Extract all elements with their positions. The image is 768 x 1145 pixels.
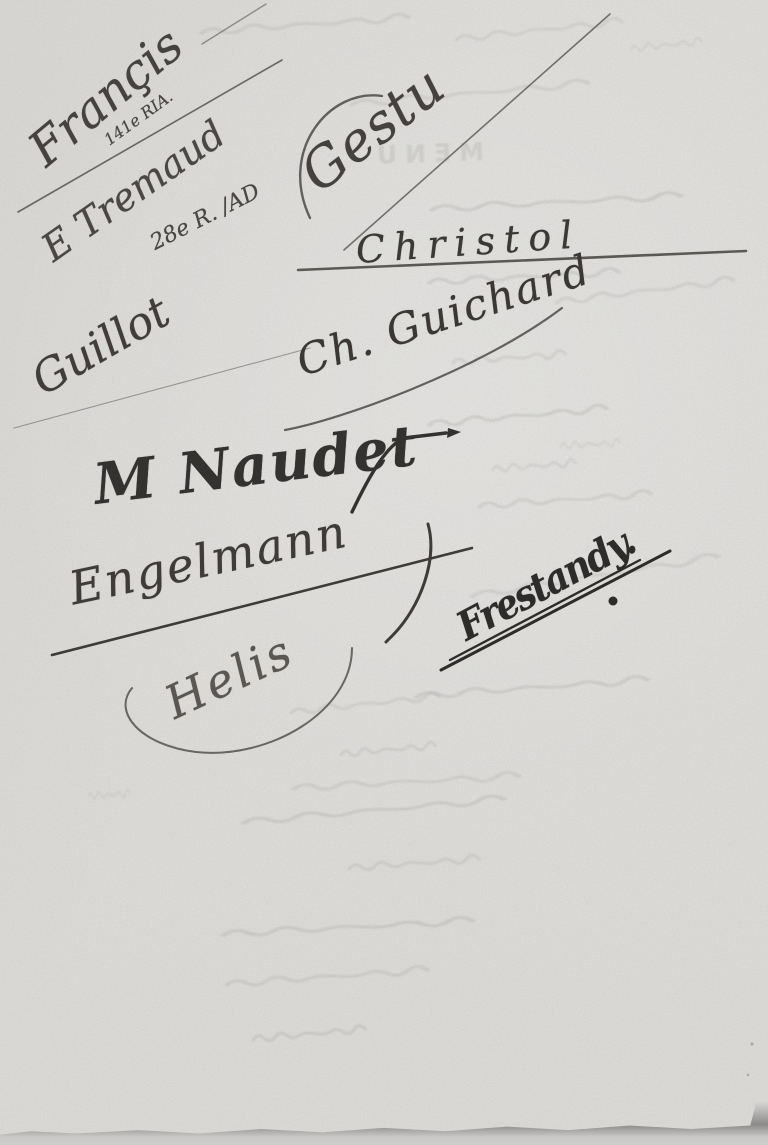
signature-naudet: M Naudet xyxy=(90,412,422,517)
paper-sheet: MENU Françis 141e RIA. E Tremaud 28e R. … xyxy=(0,0,768,1145)
signature-engelmann: Engelmann xyxy=(64,504,352,616)
signature-frestandy: Frestandy. xyxy=(449,518,642,651)
signature-gestu: Gestu xyxy=(289,54,457,205)
signature-helis: Helis xyxy=(157,623,303,729)
scanned-autograph-page: MENU Françis 141e RIA. E Tremaud 28e R. … xyxy=(0,0,768,1145)
signature-guillot: Guillot xyxy=(23,286,178,405)
